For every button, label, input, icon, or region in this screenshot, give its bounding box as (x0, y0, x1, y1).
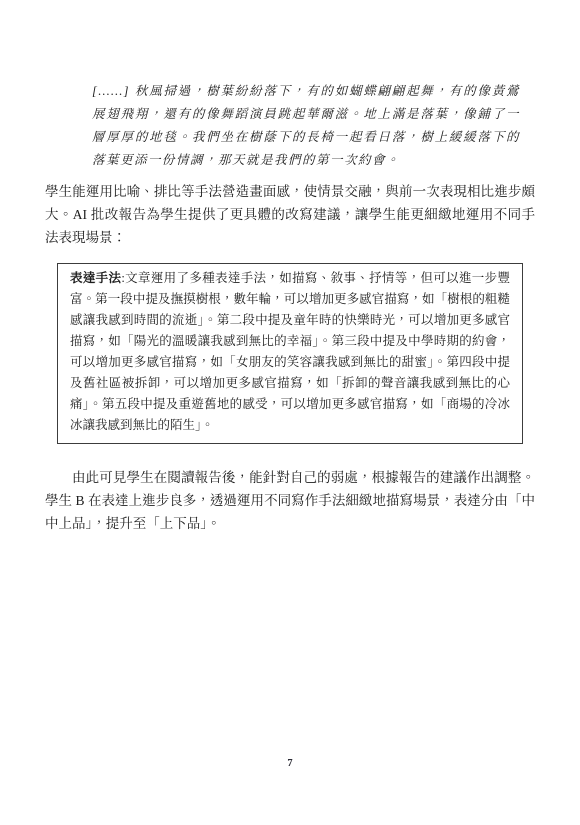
document-page: [……] 秋風掃過，樹葉紛紛落下，有的如蝴蝶翩翩起舞，有的像黃鶯展翅飛翔，還有的… (0, 0, 580, 825)
conclusion-paragraph: 由此可見學生在閱讀報告後，能針對自己的弱處，根據報告的建議作出調整。學生 B 在… (45, 466, 535, 535)
student-quote-paragraph: [……] 秋風掃過，樹葉紛紛落下，有的如蝴蝶翩翩起舞，有的像黃鶯展翅飛翔，還有的… (92, 80, 520, 172)
page-number: 7 (0, 758, 580, 769)
intro-paragraph: 學生能運用比喻、排比等手法營造畫面感，使情景交融，與前一次表現相比進步頗大。AI… (45, 180, 535, 249)
ai-feedback-box: 表達手法:文章運用了多種表達手法，如描寫、敘事、抒情等，但可以進一步豐富。第一段… (57, 263, 523, 444)
feedback-box-text: :文章運用了多種表達手法，如描寫、敘事、抒情等，但可以進一步豐富。第一段中提及撫… (70, 271, 510, 432)
feedback-box-label: 表達手法 (70, 271, 121, 285)
